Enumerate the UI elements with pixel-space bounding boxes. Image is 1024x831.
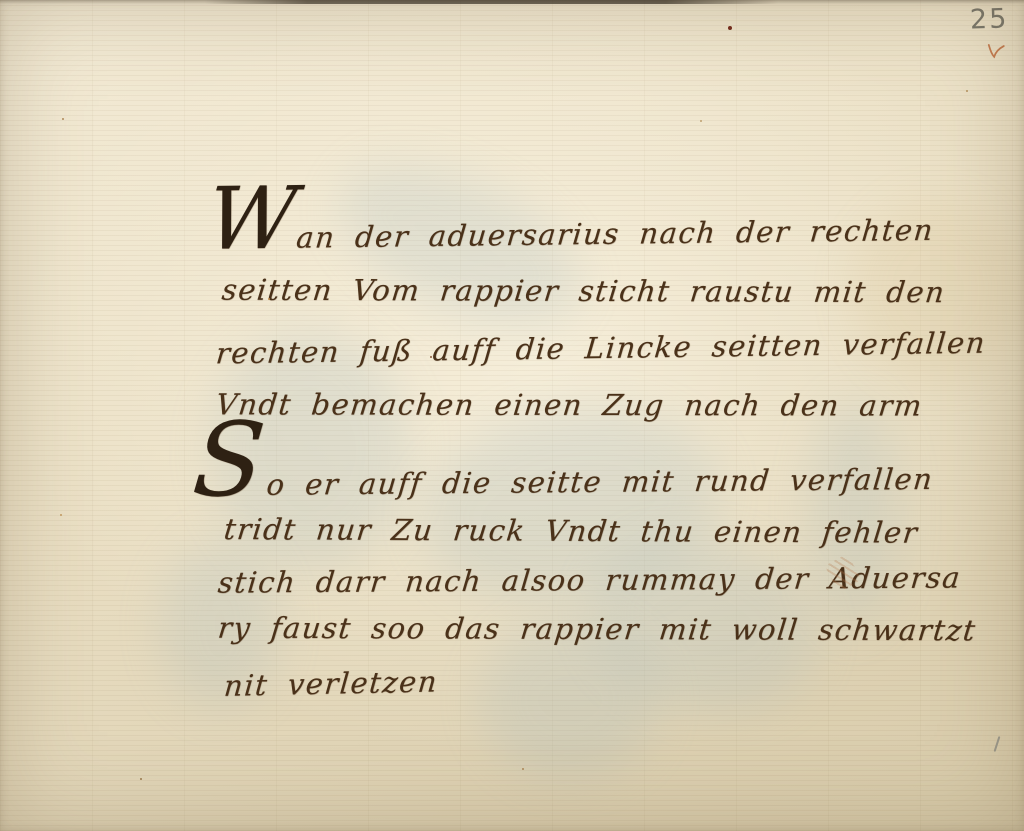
paper-speck xyxy=(62,118,64,120)
manuscript-paragraph-1: Wan der aduersarius nach der rechten sei… xyxy=(206,206,986,434)
paper-speck xyxy=(700,120,702,122)
paper-speck xyxy=(60,514,62,516)
page-top-edge-shadow xyxy=(0,0,1024,4)
red-check-mark xyxy=(985,41,1007,62)
paper-speck xyxy=(966,90,968,92)
manuscript-page: 25 Wan der aduersarius nach der rechten … xyxy=(0,0,1024,831)
manuscript-line: Vndt bemachen einen Zug nach den arm xyxy=(213,376,989,434)
folio-number: 25 xyxy=(969,3,1008,35)
manuscript-line: seitten Vom rappier sticht raustu mit de… xyxy=(219,262,989,322)
manuscript-line: So er auff die seitte mit rund verfallen xyxy=(189,449,979,511)
paper-fiber xyxy=(994,736,1001,752)
manuscript-line: nit verletzen xyxy=(222,646,978,711)
paper-speck xyxy=(140,778,142,780)
manuscript-line: Wan der aduersarius nach der rechten xyxy=(203,201,988,268)
manuscript-line: tridt nur Zu ruck Vndt thu einen fehler xyxy=(221,505,979,558)
paper-speck xyxy=(522,768,524,770)
paper-speck xyxy=(728,26,732,30)
manuscript-line: stich darr nach alsoo rummay der Aduersa xyxy=(216,553,979,607)
manuscript-line: rechten fuß auff die Lincke seitten verf… xyxy=(213,315,988,383)
manuscript-paragraph-2: So er auff die seitte mit rund verfallen… xyxy=(192,452,976,703)
